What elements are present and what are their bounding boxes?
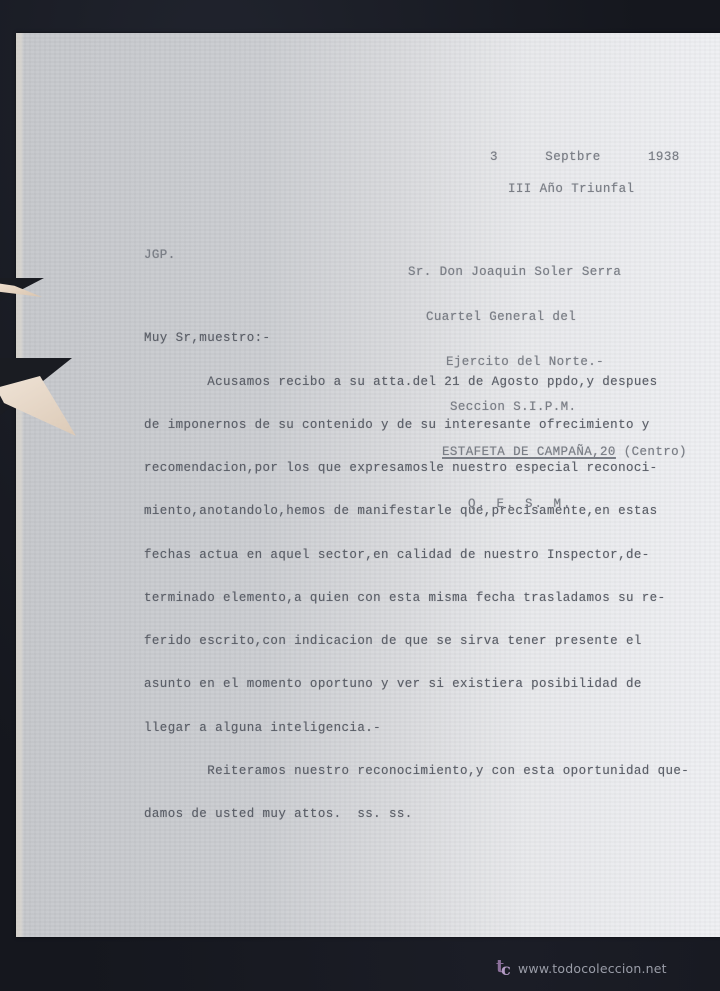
letter-year-line: III Año Triunfal — [508, 182, 634, 197]
body-line: Reiteramos nuestro reconocimiento,y con … — [144, 764, 689, 778]
typewritten-letter-page: 3 Septbre 1938 III Año Triunfal JGP. Sr.… — [16, 33, 720, 937]
body-line: llegar a alguna inteligencia.- — [144, 721, 689, 735]
todocoleccion-logo-icon: tc — [496, 957, 514, 979]
page-edge — [16, 33, 24, 937]
body-line: ferido escrito,con indicacion de que se … — [144, 634, 689, 648]
body-line: recomendacion,por los que expresamosle n… — [144, 461, 689, 475]
body-line: Acusamos recibo a su atta.del 21 de Agos… — [144, 375, 689, 389]
address-line: Sr. Don Joaquin Soler Serra — [408, 265, 687, 280]
body-line: de imponernos de su contenido y de su in… — [144, 418, 689, 432]
salutation: Muy Sr,muestro:- — [144, 331, 270, 346]
watermark: tc www.todocoleccion.net — [496, 957, 667, 979]
closing-abbreviation: Q. E. S. M. — [468, 497, 573, 512]
body-line: asunto en el momento oportuno y ver si e… — [144, 677, 689, 691]
reference-initials: JGP. — [144, 248, 176, 263]
body-line: terminado elemento,a quien con esta mism… — [144, 591, 689, 605]
letter-body: Acusamos recibo a su atta.del 21 de Agos… — [144, 346, 689, 850]
body-line: fechas actua en aquel sector,en calidad … — [144, 548, 689, 562]
address-line: Cuartel General del — [408, 310, 687, 325]
body-line: damos de usted muy attos. ss. ss. — [144, 807, 689, 821]
watermark-text: www.todocoleccion.net — [518, 961, 667, 976]
letter-date: 3 Septbre 1938 — [490, 150, 680, 165]
body-line: miento,anotandolo,hemos de manifestarle … — [144, 504, 689, 518]
